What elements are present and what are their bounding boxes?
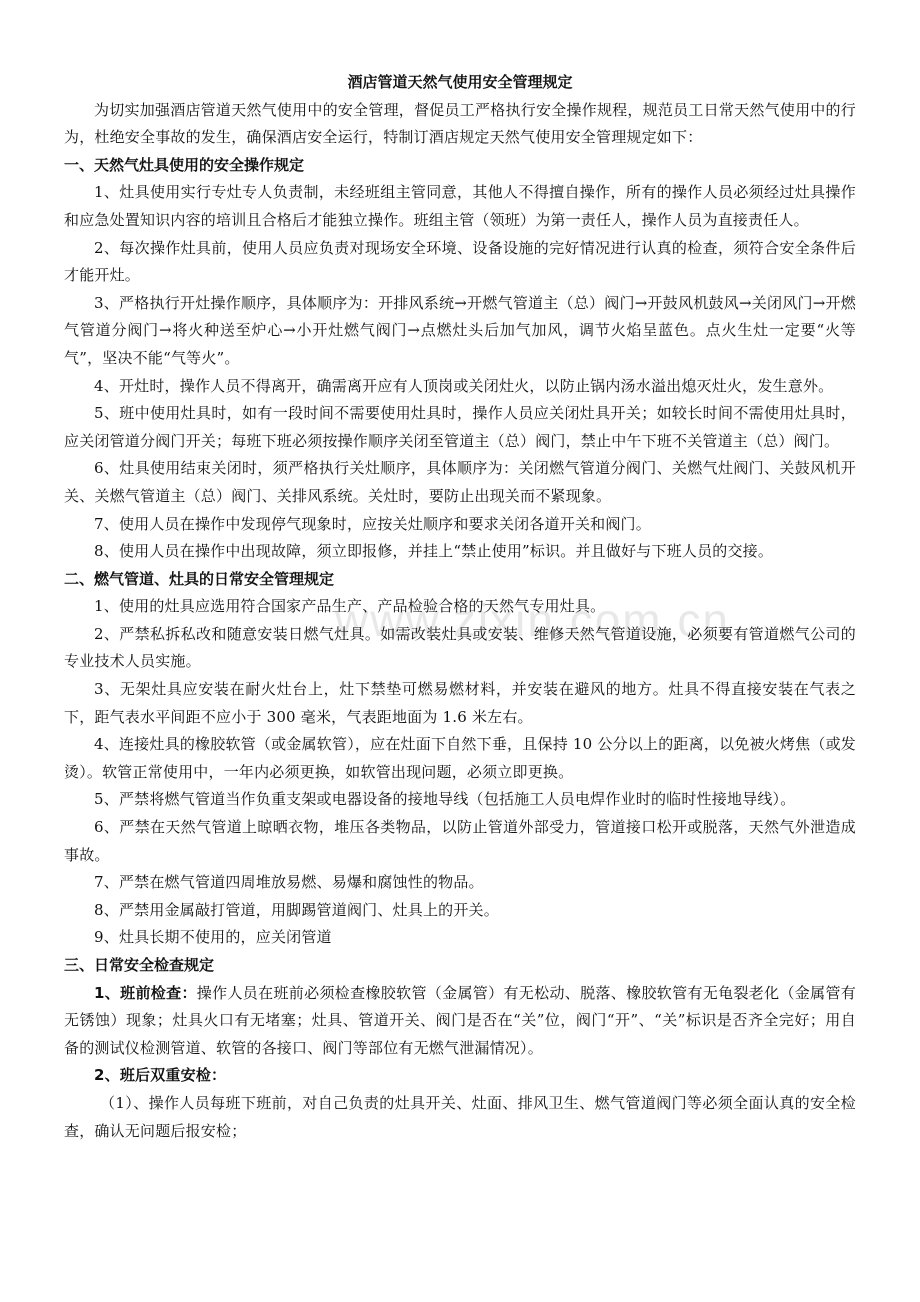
section-2-item-9: 9、灶具长期不使用的，应关闭管道	[64, 924, 856, 952]
section-1-item-3: 3、严格执行开灶操作顺序，具体顺序为：开排风系统→开燃气管道主（总）阀门→开鼓风…	[64, 290, 856, 373]
section-heading-2: 二、燃气管道、灶具的日常安全管理规定	[64, 566, 856, 594]
section-heading-1: 一、天然气灶具使用的安全操作规定	[64, 152, 856, 180]
document-title: 酒店管道天然气使用安全管理规定	[64, 69, 856, 97]
section-1-item-6: 6、灶具使用结束关闭时，须严格执行关灶顺序，具体顺序为：关闭燃气管道分阀门、关燃…	[64, 455, 856, 510]
section-1-item-8: 8、使用人员在操作中出现故障，须立即报修，并挂上“禁止使用”标识。并且做好与下班…	[64, 538, 856, 566]
section-2-item-3: 3、无架灶具应安装在耐火灶台上，灶下禁垫可燃易燃材料，并安装在避风的地方。灶具不…	[64, 676, 856, 731]
section-3-check-before: 1、班前检查：操作人员在班前必须检查橡胶软管（金属管）有无松动、脱落、橡胶软管有…	[64, 980, 856, 1063]
document-page: 酒店管道天然气使用安全管理规定 为切实加强酒店管道天然气使用中的安全管理，督促员…	[64, 69, 856, 1145]
section-1-item-5: 5、班中使用灶具时，如有一段时间不需要使用灶具时，操作人员应关闭灶具开关；如较长…	[64, 400, 856, 455]
section-1-item-4: 4、开灶时，操作人员不得离开，确需离开应有人顶岗或关闭灶火，以防止锅内汤水溢出熄…	[64, 373, 856, 401]
check-before-lead: 1、班前检查：	[94, 984, 197, 1002]
section-2-item-6: 6、严禁在天然气管道上晾晒衣物，堆压各类物品，以防止管道外部受力，管道接口松开或…	[64, 814, 856, 869]
section-2-item-7: 7、严禁在燃气管道四周堆放易燃、易爆和腐蚀性的物品。	[64, 869, 856, 897]
section-2-item-1: 1、使用的灶具应选用符合国家产品生产、产品检验合格的天然气专用灶具。	[64, 593, 856, 621]
section-3-check-after-heading: 2、班后双重安检：	[64, 1062, 856, 1090]
section-1-item-2: 2、每次操作灶具前，使用人员应负责对现场安全环境、设备设施的完好情况进行认真的检…	[64, 235, 856, 290]
section-2-item-2: 2、严禁私拆私改和随意安装日燃气灶具。如需改装灶具或安装、维修天然气管道设施，必…	[64, 621, 856, 676]
section-1-item-1: 1、灶具使用实行专灶专人负责制，未经班组主管同意，其他人不得擅自操作，所有的操作…	[64, 179, 856, 234]
section-2-item-5: 5、严禁将燃气管道当作负重支架或电器设备的接地导线（包括施工人员电焊作业时的临时…	[64, 786, 856, 814]
section-1-item-7: 7、使用人员在操作中发现停气现象时，应按关灶顺序和要求关闭各道开关和阀门。	[64, 511, 856, 539]
section-heading-3: 三、日常安全检查规定	[64, 952, 856, 980]
section-2-item-4: 4、连接灶具的橡胶软管（或金属软管），应在灶面下自然下垂，且保持 10 公分以上…	[64, 731, 856, 786]
section-2-item-8: 8、严禁用金属敲打管道，用脚踢管道阀门、灶具上的开关。	[64, 897, 856, 925]
intro-paragraph: 为切实加强酒店管道天然气使用中的安全管理，督促员工严格执行安全操作规程，规范员工…	[64, 97, 856, 152]
section-3-check-after-sub-1: （1）、操作人员每班下班前，对自己负责的灶具开关、灶面、排风卫生、燃气管道阀门等…	[64, 1090, 856, 1145]
